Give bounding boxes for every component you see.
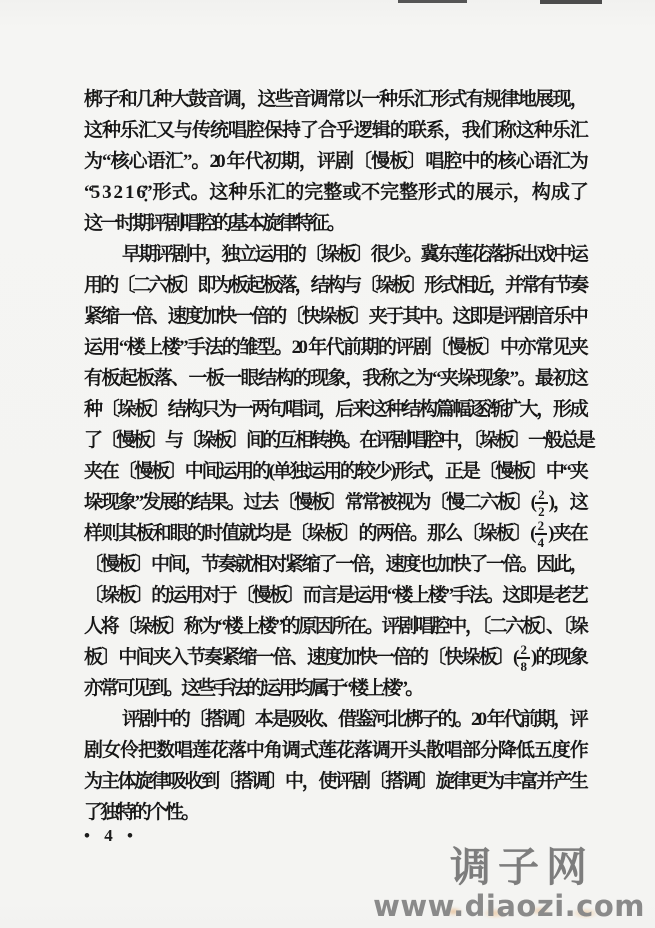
text-line: 种〔垛板〕结构只为一两句唱词，后来这种结构篇幅逐渐扩大，形成 bbox=[84, 394, 586, 425]
text-line: 样则其板和眼的时值就均是〔垛板〕的两倍。那么〔垛板〕(24)夹在 bbox=[84, 518, 586, 549]
time-signature-fraction: 22 bbox=[535, 488, 548, 518]
text-line: 运用“楼上楼”手法的雏型。20 年代前期的评剧〔慢板〕中亦常见夹 bbox=[84, 332, 586, 363]
text-line: 了〔慢板〕与〔垛板〕间的互相转换。在评剧唱腔中，〔垛板〕一般总是 bbox=[84, 425, 586, 456]
text-line: 为“核心语汇”。20 年代初期，评剧〔慢板〕唱腔中的核心语汇为 bbox=[84, 146, 586, 177]
text-line: 这种乐汇又与传统唱腔保持了合乎逻辑的联系，我们称这种乐汇 bbox=[84, 115, 586, 146]
text-line: 了独特的个性。 bbox=[84, 797, 586, 828]
text-block: 梆子和几种大鼓音调，这些音调常以一种乐汇形式有规律地展现，这种乐汇又与传统唱腔保… bbox=[84, 84, 586, 828]
text-line: 〔垛板〕的运用对于〔慢板〕而言是运用“楼上楼”手法。这即是老艺 bbox=[84, 580, 586, 611]
text-line: 亦常可见到。这些手法的运用均属于“楼上楼”。 bbox=[84, 673, 586, 704]
page-number: • 4 • bbox=[84, 826, 138, 846]
book-page: 梆子和几种大鼓音调，这些音调常以一种乐汇形式有规律地展现，这种乐汇又与传统唱腔保… bbox=[0, 0, 655, 928]
text-line: 剧女伶把数唱莲花落中角调式莲花落调开头散唱部分降低五度作 bbox=[84, 735, 586, 766]
text-line: 评剧中的〔搭调〕本是吸收、借鉴河北梆子的。20 年代前期，评 bbox=[84, 704, 586, 735]
text-line: 夹在〔慢板〕中间运用的(单独运用的较少)形式，正是〔慢板〕中“夹 bbox=[84, 456, 586, 487]
text-line: 板〕中间夹入节奏紧缩一倍、速度加快一倍的〔快垛板〕(28)的现象 bbox=[84, 642, 586, 673]
time-signature-fraction: 24 bbox=[535, 519, 548, 549]
text-line: 早期评剧中，独立运用的〔垛板〕很少。冀东莲花落拆出戏中运 bbox=[84, 239, 586, 270]
text-line: 垛现象”发展的结果。过去〔慢板〕常常被视为〔慢二六板〕(22)，这 bbox=[84, 487, 586, 518]
text-line: 用的〔二六板〕即为板起板落，结构与〔垛板〕形式相近，并常有节奏 bbox=[84, 270, 586, 301]
watermark-site-url: www.diaozi.com bbox=[373, 890, 645, 922]
text-line: 为主体旋律吸收到〔搭调〕中，使评剧〔搭调〕旋律更为丰富并产生 bbox=[84, 766, 586, 797]
scan-artifact bbox=[398, 0, 467, 3]
text-line: 紧缩一倍、速度加快一倍的〔快垛板〕夹于其中。这即是评剧音乐中 bbox=[84, 301, 586, 332]
text-line: 人将〔垛板〕称为“楼上楼”的原因所在。评剧唱腔中，〔二六板〕、〔垛 bbox=[84, 611, 586, 642]
watermark: 调子网 www.diaozi.com bbox=[373, 844, 645, 924]
time-signature-fraction: 28 bbox=[517, 643, 530, 673]
watermark-url-row: www.diaozi.com bbox=[373, 890, 645, 924]
text-line: 这一时期评剧唱腔的基本旋律特征。 bbox=[84, 208, 586, 239]
text-line: 梆子和几种大鼓音调，这些音调常以一种乐汇形式有规律地展现， bbox=[84, 84, 586, 115]
text-line: 有板起板落、一板一眼结构的现象，我称之为“夹垛现象”。最初这 bbox=[84, 363, 586, 394]
watermark-orange-fragments bbox=[431, 902, 619, 918]
text-line: 〔慢板〕中间，节奏就相对紧缩了一倍，速度也加快了一倍。因此， bbox=[84, 549, 586, 580]
watermark-site-name: 调子网 bbox=[373, 844, 645, 890]
scan-artifact bbox=[540, 0, 602, 4]
text-line: “5 3 2 1 6̣”形式。这种乐汇的完整或不完整形式的展示，构成了 bbox=[84, 177, 586, 208]
